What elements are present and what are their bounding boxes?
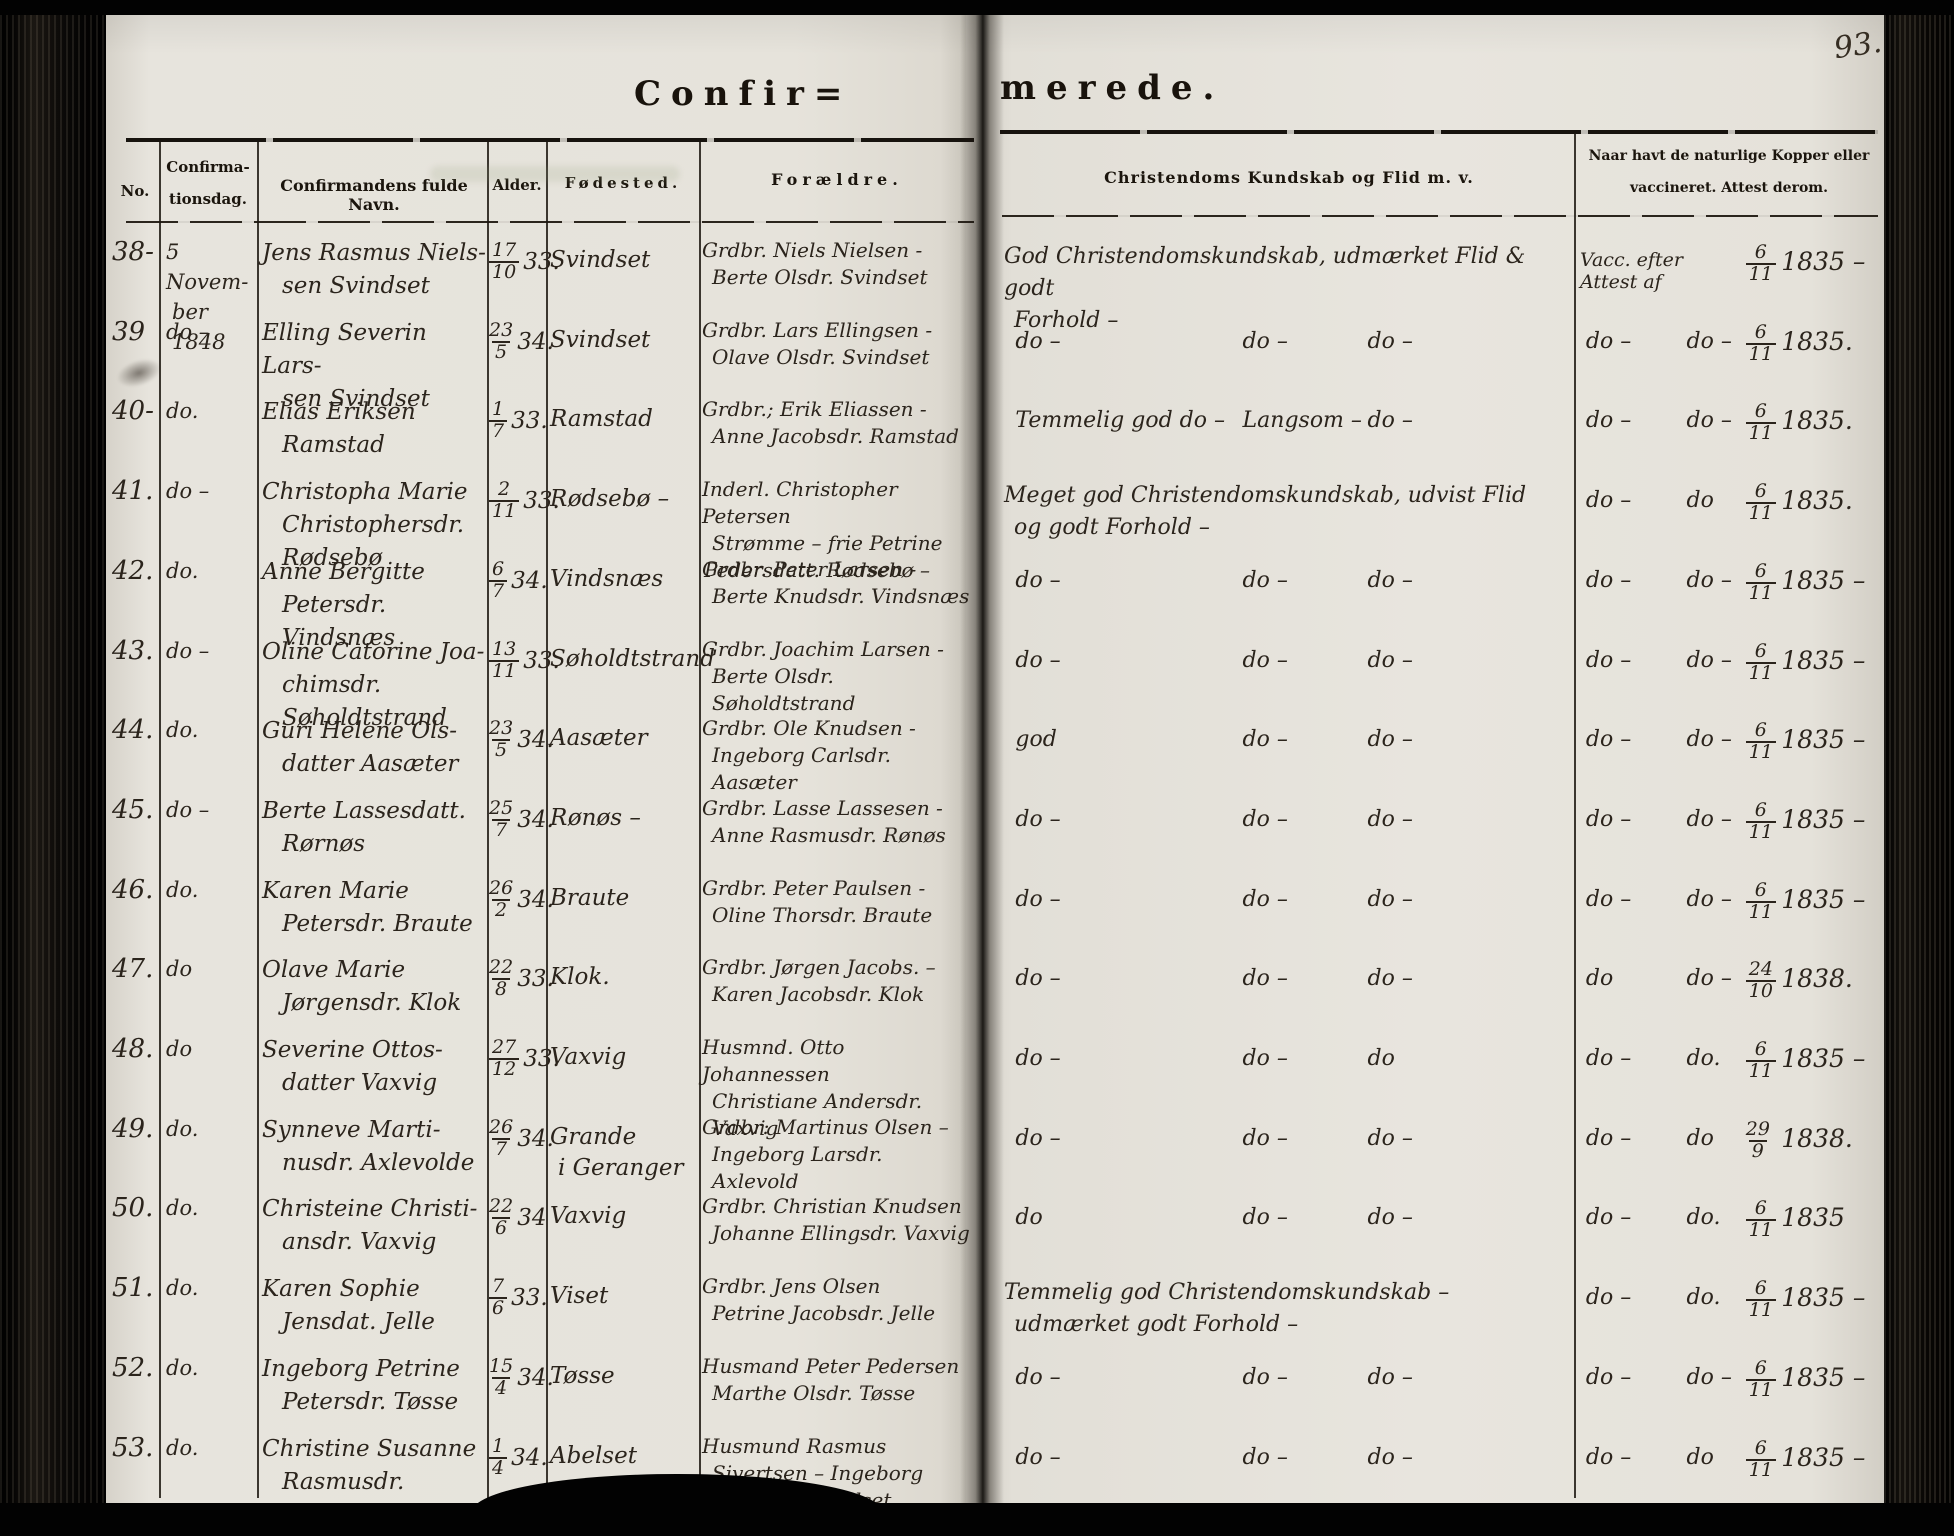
row-number: 53. xyxy=(112,1433,160,1463)
vaccination-record: do –do. 611 1835 – xyxy=(1580,1273,1876,1353)
knowledge-dittos: do –do –do – xyxy=(1004,556,1572,636)
vaccination-record: do –do – 611 1835 – xyxy=(1580,556,1876,636)
confirmand-name: Jens Rasmus Niels-sen Svindset xyxy=(262,237,490,303)
age-cell: 211 33. xyxy=(489,476,547,521)
parents: Grdbr. Jens OlsenPetrine Jacobsdr. Jelle xyxy=(702,1273,974,1327)
vaccination-date-fraction: 611 xyxy=(1746,1040,1776,1081)
birthplace: Tøsse xyxy=(550,1353,698,1392)
birthplace: Viset xyxy=(550,1273,698,1312)
row-number: 50. xyxy=(112,1193,160,1223)
knowledge-text: Meget god Christendomskundskab, udvist F… xyxy=(1004,476,1572,544)
knowledge-remarks: do –do –do – xyxy=(1004,954,1572,1034)
vaccination-date-fraction: 611 xyxy=(1746,642,1776,683)
row-number: 49. xyxy=(112,1114,160,1144)
vaccination-year: 1835. xyxy=(1781,486,1853,515)
age-cell: 228 33. xyxy=(489,954,547,999)
vaccination-record: do –do – 611 1835 – xyxy=(1580,715,1876,795)
birthplace: Grandei Geranger xyxy=(550,1114,698,1184)
age-birth-year: 34. xyxy=(517,1365,554,1391)
vaccination-year: 1838. xyxy=(1781,1124,1853,1153)
vaccination-year: 1835 – xyxy=(1781,1044,1865,1073)
vaccination-date-fraction: 611 xyxy=(1746,721,1776,762)
confirmation-date: do. xyxy=(166,556,258,586)
parents: Grdbr. Niels Nielsen -Berte Olsdr. Svind… xyxy=(702,237,974,291)
age-birthdate-fraction: 262 xyxy=(489,879,513,920)
parents: Grdbr. Christian KnudsenJohanne Ellingsd… xyxy=(702,1193,974,1247)
confirmation-date: do xyxy=(166,954,258,984)
knowledge-remarks: do –do –do – xyxy=(1004,636,1572,716)
vaccination-year: 1838. xyxy=(1781,964,1853,993)
birthplace: Abelset xyxy=(550,1433,698,1472)
knowledge-remarks: Meget god Christendomskundskab, udvist F… xyxy=(1004,476,1572,556)
parents: Grdbr. Jørgen Jacobs. –Karen Jacobsdr. K… xyxy=(702,954,974,1008)
confirmation-date: do. xyxy=(166,715,258,745)
row-number: 40- xyxy=(112,396,160,426)
knowledge-remarks: Temmelig god Christendomskundskab –udmær… xyxy=(1004,1273,1572,1353)
age-birth-year: 34. xyxy=(511,568,548,594)
row-number: 41. xyxy=(112,476,160,506)
row-number: 42. xyxy=(112,556,160,586)
parents: Grdbr. Joachim Larsen -Berte Olsdr. Søho… xyxy=(702,636,974,717)
vaccination-date-fraction: 611 xyxy=(1746,482,1776,523)
confirmand-name: Severine Ottos-datter Vaxvig xyxy=(262,1034,490,1100)
age-cell: 14 34. xyxy=(489,1433,547,1478)
vaccination-year: 1835. xyxy=(1781,406,1853,435)
knowledge-remarks: do –do –do – xyxy=(1004,1114,1572,1194)
vaccination-record: do –do – 611 1835 – xyxy=(1580,795,1876,875)
birthplace: Søholdtstrand xyxy=(550,636,698,675)
age-birth-year: 33. xyxy=(511,408,548,434)
vaccination-date-fraction: 611 xyxy=(1746,1279,1776,1320)
vaccination-record: do –do – 611 1835 – xyxy=(1580,1353,1876,1433)
birthplace: Svindset xyxy=(550,317,698,356)
confirmand-name: Ingeborg PetrinePetersdr. Tøsse xyxy=(262,1353,490,1419)
confirmation-date: do. xyxy=(166,1114,258,1144)
row-number: 44. xyxy=(112,715,160,745)
age-cell: 257 34. xyxy=(489,795,547,840)
confirmation-date: do. xyxy=(166,1433,258,1463)
age-birthdate-fraction: 76 xyxy=(489,1277,507,1318)
knowledge-remarks: do –do –do xyxy=(1004,1034,1572,1114)
knowledge-dittos: do –do –do – xyxy=(1004,1433,1572,1513)
confirmand-name: Karen SophieJensdat. Jelle xyxy=(262,1273,490,1339)
confirmation-date: do. xyxy=(166,1193,258,1223)
birthplace: Klok. xyxy=(550,954,698,993)
birthplace: Vaxvig xyxy=(550,1193,698,1232)
confirmation-date: do – xyxy=(166,317,258,347)
vaccination-record: do –do – 611 1835. xyxy=(1580,396,1876,476)
row-number: 43. xyxy=(112,636,160,666)
book-center-fold xyxy=(960,14,1004,1506)
vaccination-date-fraction: 299 xyxy=(1746,1120,1770,1161)
knowledge-remarks: do –do –do – xyxy=(1004,795,1572,875)
church-register-scan: Confir= merede. 93. No. Confirma- tionsd… xyxy=(0,0,1954,1536)
vaccination-year: 1835 – xyxy=(1781,805,1865,834)
vaccination-record: do –do 611 1835. xyxy=(1580,476,1876,556)
parents: Grdbr. Lars Ellingsen -Olave Olsdr. Svin… xyxy=(702,317,974,371)
age-birth-year: 34. xyxy=(517,1126,554,1152)
birthplace: Ramstad xyxy=(550,396,698,435)
row-number: 47. xyxy=(112,954,160,984)
birthplace: Svindset xyxy=(550,237,698,276)
knowledge-remarks: do –do –do – xyxy=(1004,1433,1572,1513)
age-birthdate-fraction: 211 xyxy=(489,480,519,521)
age-birth-year: 34. xyxy=(517,329,554,355)
vaccination-record: do –do – 611 1835. xyxy=(1580,317,1876,397)
birthplace: Aasæter xyxy=(550,715,698,754)
vaccination-year: 1835 – xyxy=(1781,247,1865,276)
row-number: 48. xyxy=(112,1034,160,1064)
vaccination-record: do –do 299 1838. xyxy=(1580,1114,1876,1194)
vaccination-date-fraction: 611 xyxy=(1746,881,1776,922)
vaccination-record: do –do – 611 1835 – xyxy=(1580,636,1876,716)
knowledge-dittos: do –do –do – xyxy=(1004,1114,1572,1194)
age-cell: 226 34 xyxy=(489,1193,547,1238)
knowledge-dittos: do –do –do – xyxy=(1004,795,1572,875)
knowledge-remarks: do –do –do – xyxy=(1004,556,1572,636)
age-birthdate-fraction: 235 xyxy=(489,321,513,362)
book-edge-right xyxy=(1884,0,1954,1536)
vaccination-year: 1835 – xyxy=(1781,646,1865,675)
vaccination-year: 1835 – xyxy=(1781,566,1865,595)
parents: Grdbr. Lasse Lassesen -Anne Rasmusdr. Rø… xyxy=(702,795,974,849)
birthplace: Rønøs – xyxy=(550,795,698,834)
vaccination-date-fraction: 2410 xyxy=(1746,960,1776,1001)
vaccination-record: dodo – 2410 1838. xyxy=(1580,954,1876,1034)
age-birthdate-fraction: 2712 xyxy=(489,1038,519,1079)
age-birthdate-fraction: 235 xyxy=(489,719,513,760)
age-birth-year: 34 xyxy=(517,1205,546,1231)
vaccination-date-fraction: 611 xyxy=(1746,243,1776,284)
vaccination-note: Vacc. efter Attest af xyxy=(1580,249,1746,293)
confirmand-name: Karen MariePetersdr. Braute xyxy=(262,875,490,941)
vaccination-date-fraction: 611 xyxy=(1746,1359,1776,1400)
knowledge-dittos: do –do –do – xyxy=(1004,875,1572,955)
row-number: 46. xyxy=(112,875,160,905)
parents: Husmand Peter PedersenMarthe Olsdr. Tøss… xyxy=(702,1353,974,1407)
confirmation-date: do. xyxy=(166,396,258,426)
age-cell: 267 34. xyxy=(489,1114,547,1159)
confirmand-name: Synneve Marti-nusdr. Axlevolde xyxy=(262,1114,490,1180)
parents: Grdbr. Peter Larsen -Berte Knudsdr. Vind… xyxy=(702,556,974,610)
knowledge-remarks: dodo –do – xyxy=(1004,1193,1572,1273)
vaccination-record: do –do 611 1835 – xyxy=(1580,1433,1876,1513)
age-birth-year: 33. xyxy=(511,1285,548,1311)
age-birthdate-fraction: 14 xyxy=(489,1437,507,1478)
age-cell: 76 33. xyxy=(489,1273,547,1318)
age-birth-year: 34. xyxy=(511,1445,548,1471)
vaccination-date-fraction: 611 xyxy=(1746,801,1776,842)
age-cell: 1311 33. xyxy=(489,636,547,681)
confirmation-date: do – xyxy=(166,795,258,825)
book-spine-left xyxy=(0,0,106,1536)
birthplace: Vindsnæs xyxy=(550,556,698,595)
knowledge-dittos: do –do –do – xyxy=(1004,1353,1572,1433)
knowledge-remarks: do –do –do – xyxy=(1004,1353,1572,1433)
parents: Grdbr.; Erik Eliassen -Anne Jacobsdr. Ra… xyxy=(702,396,974,450)
knowledge-remarks: God Christendomskundskab, udmærket Flid … xyxy=(1004,237,1572,317)
age-cell: 67 34. xyxy=(489,556,547,601)
vaccination-record: do –do – 611 1835 – xyxy=(1580,875,1876,955)
age-birthdate-fraction: 154 xyxy=(489,1357,513,1398)
vaccination-date-fraction: 611 xyxy=(1746,323,1776,364)
confirmation-date: do. xyxy=(166,1353,258,1383)
age-birthdate-fraction: 228 xyxy=(489,958,513,999)
vaccination-record: do –do. 611 1835 – xyxy=(1580,1034,1876,1114)
row-number: 38- xyxy=(112,237,160,267)
age-cell: 17 33. xyxy=(489,396,547,441)
knowledge-remarks: goddo –do – xyxy=(1004,715,1572,795)
ink-bleedthrough xyxy=(430,166,680,182)
vaccination-year: 1835 – xyxy=(1781,1283,1865,1312)
birthplace: Braute xyxy=(550,875,698,914)
row-number: 45. xyxy=(112,795,160,825)
vaccination-year: 1835. xyxy=(1781,327,1853,356)
birthplace: Vaxvig xyxy=(550,1034,698,1073)
parents: Grdbr. Peter Paulsen -Oline Thorsdr. Bra… xyxy=(702,875,974,929)
age-birth-year: 34. xyxy=(517,887,554,913)
age-birthdate-fraction: 257 xyxy=(489,799,513,840)
birthplace: Rødsebø – xyxy=(550,476,698,515)
confirmand-name: Guri Helene Ols-datter Aasæter xyxy=(262,715,490,781)
confirmand-name: Elias EriksenRamstad xyxy=(262,396,490,462)
confirmation-date: do – xyxy=(166,636,258,666)
confirmand-name: Olave MarieJørgensdr. Klok xyxy=(262,954,490,1020)
row-number: 52. xyxy=(112,1353,160,1383)
age-cell: 262 34. xyxy=(489,875,547,920)
scan-border-bottom xyxy=(0,1503,1954,1536)
knowledge-dittos: do –do –do xyxy=(1004,1034,1572,1114)
vaccination-year: 1835 – xyxy=(1781,1363,1865,1392)
age-cell: 235 34. xyxy=(489,715,547,760)
age-cell: 235 34. xyxy=(489,317,547,362)
confirmand-name: Christeine Christi-ansdr. Vaxvig xyxy=(262,1193,490,1259)
knowledge-dittos: do –do –do – xyxy=(1004,636,1572,716)
vaccination-year: 1835 – xyxy=(1781,1443,1865,1472)
confirmation-date: do – xyxy=(166,476,258,506)
age-birth-year: 34. xyxy=(517,807,554,833)
scan-border-top xyxy=(0,0,1954,15)
vaccination-date-fraction: 611 xyxy=(1746,1439,1776,1480)
knowledge-dittos: goddo –do – xyxy=(1004,715,1572,795)
vaccination-date-fraction: 611 xyxy=(1746,402,1776,443)
knowledge-remarks: Temmelig god do –Langsom –do – xyxy=(1004,396,1572,476)
parents: Grdbr. Ole Knudsen -Ingeborg Carlsdr. Aa… xyxy=(702,715,974,796)
confirmation-date: do. xyxy=(166,1273,258,1303)
knowledge-text: Temmelig god Christendomskundskab –udmær… xyxy=(1004,1273,1572,1341)
age-birth-year: 34. xyxy=(517,727,554,753)
row-number: 39 xyxy=(112,317,160,347)
knowledge-dittos: do –do –do – xyxy=(1004,317,1572,397)
confirmation-date: do. xyxy=(166,875,258,905)
age-birthdate-fraction: 67 xyxy=(489,560,507,601)
age-cell: 2712 33. xyxy=(489,1034,547,1079)
knowledge-remarks: do –do –do – xyxy=(1004,317,1572,397)
age-cell: 1710 33. xyxy=(489,237,547,282)
age-birthdate-fraction: 226 xyxy=(489,1197,513,1238)
confirmand-name: Berte Lassesdatt.Rørnøs xyxy=(262,795,490,861)
age-birthdate-fraction: 1710 xyxy=(489,241,519,282)
knowledge-dittos: dodo –do – xyxy=(1004,1193,1572,1273)
vaccination-year: 1835 – xyxy=(1781,725,1865,754)
knowledge-remarks: do –do –do – xyxy=(1004,875,1572,955)
age-birthdate-fraction: 1311 xyxy=(489,640,519,681)
age-birthdate-fraction: 267 xyxy=(489,1118,513,1159)
parents: Grdbr: Martinus Olsen –Ingeborg Larsdr. … xyxy=(702,1114,974,1195)
vaccination-record: do –do. 611 1835 xyxy=(1580,1193,1876,1273)
vaccination-year: 1835 xyxy=(1781,1203,1845,1232)
vaccination-record: Vacc. efter Attest af 611 1835 – xyxy=(1580,237,1876,317)
vaccination-date-fraction: 611 xyxy=(1746,562,1776,603)
vaccination-date-fraction: 611 xyxy=(1746,1199,1776,1240)
row-number: 51. xyxy=(112,1273,160,1303)
knowledge-dittos: Temmelig god do –Langsom –do – xyxy=(1004,396,1572,476)
age-cell: 154 34. xyxy=(489,1353,547,1398)
confirmation-date: do xyxy=(166,1034,258,1064)
knowledge-dittos: do –do –do – xyxy=(1004,954,1572,1034)
vaccination-year: 1835 – xyxy=(1781,885,1865,914)
age-birth-year: 33. xyxy=(517,966,554,992)
age-birthdate-fraction: 17 xyxy=(489,400,507,441)
